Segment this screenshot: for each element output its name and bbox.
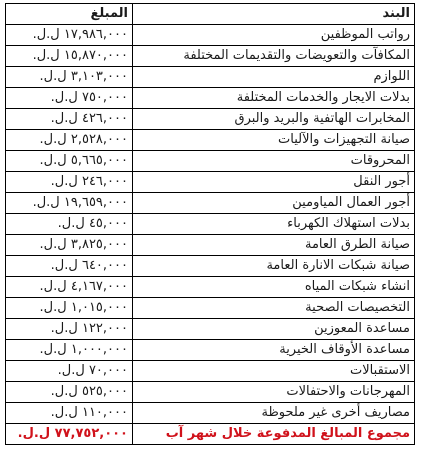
amount-value: ٤٥,٠٠٠ ل.ل. bbox=[58, 216, 128, 231]
table-row: ٧٠,٠٠٠ ل.ل.الاستقبالات bbox=[6, 361, 415, 382]
table-row: ٣,٨٢٥,٠٠٠ ل.ل.صيانة الطرق العامة bbox=[6, 235, 415, 256]
item-label: التخصيصات الصحية bbox=[305, 300, 410, 315]
header-item: البند bbox=[133, 4, 415, 25]
table-row: ١٢٢,٠٠٠ ل.ل.مساعدة المعوزين bbox=[6, 319, 415, 340]
amount-value: ٢٤٦,٠٠٠ ل.ل. bbox=[51, 174, 128, 189]
item-label: الاستقبالات bbox=[350, 363, 410, 378]
row-amount: ١٥,٨٧٠,٠٠٠ ل.ل. bbox=[6, 46, 133, 67]
row-item: مساعدة الأوقاف الخيرية bbox=[133, 340, 415, 361]
table-row: ٢,٥٢٨,٠٠٠ ل.ل.صيانة التجهيزات والآليات bbox=[6, 130, 415, 151]
amount-value: ٢,٥٢٨,٠٠٠ ل.ل. bbox=[40, 132, 128, 147]
row-item: الاستقبالات bbox=[133, 361, 415, 382]
row-item: بدلات الايجار والخدمات المختلفة bbox=[133, 88, 415, 109]
row-item: أجور النقل bbox=[133, 172, 415, 193]
item-label: اللوازم bbox=[373, 69, 410, 84]
amount-value: ١١٠,٠٠٠ ل.ل. bbox=[51, 405, 128, 420]
table-row: ٤,١٦٧,٠٠٠ ل.ل.انشاء شبكات المياه bbox=[6, 277, 415, 298]
table-row: ٧٥٠,٠٠٠ ل.ل.بدلات الايجار والخدمات المخت… bbox=[6, 88, 415, 109]
header-amount-label: المبلغ bbox=[90, 6, 128, 21]
total-item: مجموع المبالغ المدفوعة خلال شهر آب bbox=[133, 424, 415, 445]
row-item: مساعدة المعوزين bbox=[133, 319, 415, 340]
row-amount: ٢٤٦,٠٠٠ ل.ل. bbox=[6, 172, 133, 193]
total-item-label: مجموع المبالغ المدفوعة خلال شهر آب bbox=[166, 426, 410, 441]
table-row: ٥,٦٦٥,٠٠٠ ل.ل.المحروقات bbox=[6, 151, 415, 172]
expenses-table: المبلغ البند ١٧,٩٨٦,٠٠٠ ل.ل.رواتب الموظف… bbox=[5, 3, 415, 445]
row-amount: ١٩,٦٥٩,٠٠٠ ل.ل. bbox=[6, 193, 133, 214]
row-amount: ١٧,٩٨٦,٠٠٠ ل.ل. bbox=[6, 25, 133, 46]
table-row: ٢٤٦,٠٠٠ ل.ل.أجور النقل bbox=[6, 172, 415, 193]
item-label: مصاريف أخرى غير ملحوظة bbox=[261, 405, 410, 420]
item-label: بدلات الايجار والخدمات المختلفة bbox=[237, 90, 410, 105]
total-row: ٧٧,٧٥٢,٠٠٠ ل.ل. مجموع المبالغ المدفوعة خ… bbox=[6, 424, 415, 445]
amount-value: ٦٤٠,٠٠٠ ل.ل. bbox=[51, 258, 128, 273]
amount-value: ١٥,٨٧٠,٠٠٠ ل.ل. bbox=[33, 48, 128, 63]
row-amount: ٤,١٦٧,٠٠٠ ل.ل. bbox=[6, 277, 133, 298]
row-item: اللوازم bbox=[133, 67, 415, 88]
total-amount: ٧٧,٧٥٢,٠٠٠ ل.ل. bbox=[6, 424, 133, 445]
row-item: المخابرات الهاتفية والبريد والبرق bbox=[133, 109, 415, 130]
table-row: ٤٢٦,٠٠٠ ل.ل.المخابرات الهاتفية والبريد و… bbox=[6, 109, 415, 130]
amount-value: ٥,٦٦٥,٠٠٠ ل.ل. bbox=[40, 153, 128, 168]
amount-value: ١,٠١٥,٠٠٠ ل.ل. bbox=[40, 300, 128, 315]
amount-value: ٧٥٠,٠٠٠ ل.ل. bbox=[51, 90, 128, 105]
row-amount: ٦٤٠,٠٠٠ ل.ل. bbox=[6, 256, 133, 277]
row-amount: ١١٠,٠٠٠ ل.ل. bbox=[6, 403, 133, 424]
item-label: أجور النقل bbox=[353, 174, 410, 189]
row-item: صيانة التجهيزات والآليات bbox=[133, 130, 415, 151]
table-row: ٣,١٠٣,٠٠٠ ل.ل.اللوازم bbox=[6, 67, 415, 88]
table-row: ١,٠١٥,٠٠٠ ل.ل.التخصيصات الصحية bbox=[6, 298, 415, 319]
amount-value: ١,٠٠٠,٠٠٠ ل.ل. bbox=[40, 342, 128, 357]
row-item: صيانة شبكات الانارة العامة bbox=[133, 256, 415, 277]
item-label: رواتب الموظفين bbox=[321, 27, 410, 42]
item-label: مساعدة المعوزين bbox=[314, 321, 410, 336]
row-item: صيانة الطرق العامة bbox=[133, 235, 415, 256]
item-label: انشاء شبكات المياه bbox=[305, 279, 410, 294]
amount-value: ١٧,٩٨٦,٠٠٠ ل.ل. bbox=[33, 27, 128, 42]
amount-value: ٣,٨٢٥,٠٠٠ ل.ل. bbox=[40, 237, 128, 252]
row-item: المهرجانات والاحتفالات bbox=[133, 382, 415, 403]
table-row: ١٥,٨٧٠,٠٠٠ ل.ل.المكافآت والتعويضات والتق… bbox=[6, 46, 415, 67]
item-label: بدلات استهلاك الكهرباء bbox=[287, 216, 410, 231]
row-amount: ٣,٨٢٥,٠٠٠ ل.ل. bbox=[6, 235, 133, 256]
total-amount-value: ٧٧,٧٥٢,٠٠٠ ل.ل. bbox=[18, 426, 128, 441]
table-row: ٥٢٥,٠٠٠ ل.ل.المهرجانات والاحتفالات bbox=[6, 382, 415, 403]
item-label: المهرجانات والاحتفالات bbox=[286, 384, 410, 399]
row-item: المكافآت والتعويضات والتقديمات المختلفة bbox=[133, 46, 415, 67]
amount-value: ٥٢٥,٠٠٠ ل.ل. bbox=[51, 384, 128, 399]
item-label: صيانة شبكات الانارة العامة bbox=[266, 258, 410, 273]
table-row: ١٩,٦٥٩,٠٠٠ ل.ل.أجور العمال المياومين bbox=[6, 193, 415, 214]
item-label: أجور العمال المياومين bbox=[292, 195, 410, 210]
amount-value: ١٢٢,٠٠٠ ل.ل. bbox=[51, 321, 128, 336]
row-amount: ١,٠٠٠,٠٠٠ ل.ل. bbox=[6, 340, 133, 361]
table-header-row: المبلغ البند bbox=[6, 4, 415, 25]
item-label: مساعدة الأوقاف الخيرية bbox=[279, 342, 410, 357]
expenses-table-body: المبلغ البند ١٧,٩٨٦,٠٠٠ ل.ل.رواتب الموظف… bbox=[6, 4, 415, 445]
item-label: المكافآت والتعويضات والتقديمات المختلفة bbox=[183, 48, 410, 63]
row-amount: ٧٠,٠٠٠ ل.ل. bbox=[6, 361, 133, 382]
item-label: المحروقات bbox=[351, 153, 410, 168]
table-row: ١٧,٩٨٦,٠٠٠ ل.ل.رواتب الموظفين bbox=[6, 25, 415, 46]
row-item: بدلات استهلاك الكهرباء bbox=[133, 214, 415, 235]
table-row: ١١٠,٠٠٠ ل.ل.مصاريف أخرى غير ملحوظة bbox=[6, 403, 415, 424]
item-label: المخابرات الهاتفية والبريد والبرق bbox=[234, 111, 410, 126]
table-row: ٤٥,٠٠٠ ل.ل.بدلات استهلاك الكهرباء bbox=[6, 214, 415, 235]
header-item-label: البند bbox=[383, 6, 410, 21]
amount-value: ١٩,٦٥٩,٠٠٠ ل.ل. bbox=[33, 195, 128, 210]
amount-value: ٣,١٠٣,٠٠٠ ل.ل. bbox=[40, 69, 128, 84]
row-amount: ٥٢٥,٠٠٠ ل.ل. bbox=[6, 382, 133, 403]
row-amount: ٤٥,٠٠٠ ل.ل. bbox=[6, 214, 133, 235]
table-row: ١,٠٠٠,٠٠٠ ل.ل.مساعدة الأوقاف الخيرية bbox=[6, 340, 415, 361]
item-label: صيانة الطرق العامة bbox=[305, 237, 410, 252]
amount-value: ٤٢٦,٠٠٠ ل.ل. bbox=[51, 111, 128, 126]
row-item: انشاء شبكات المياه bbox=[133, 277, 415, 298]
row-amount: ٤٢٦,٠٠٠ ل.ل. bbox=[6, 109, 133, 130]
amount-value: ٤,١٦٧,٠٠٠ ل.ل. bbox=[40, 279, 128, 294]
item-label: صيانة التجهيزات والآليات bbox=[278, 132, 410, 147]
row-amount: ١٢٢,٠٠٠ ل.ل. bbox=[6, 319, 133, 340]
row-item: التخصيصات الصحية bbox=[133, 298, 415, 319]
header-amount: المبلغ bbox=[6, 4, 133, 25]
row-amount: ٣,١٠٣,٠٠٠ ل.ل. bbox=[6, 67, 133, 88]
row-amount: ١,٠١٥,٠٠٠ ل.ل. bbox=[6, 298, 133, 319]
amount-value: ٧٠,٠٠٠ ل.ل. bbox=[58, 363, 128, 378]
row-item: المحروقات bbox=[133, 151, 415, 172]
row-item: أجور العمال المياومين bbox=[133, 193, 415, 214]
table-row: ٦٤٠,٠٠٠ ل.ل.صيانة شبكات الانارة العامة bbox=[6, 256, 415, 277]
row-item: رواتب الموظفين bbox=[133, 25, 415, 46]
row-item: مصاريف أخرى غير ملحوظة bbox=[133, 403, 415, 424]
row-amount: ٧٥٠,٠٠٠ ل.ل. bbox=[6, 88, 133, 109]
row-amount: ٢,٥٢٨,٠٠٠ ل.ل. bbox=[6, 130, 133, 151]
row-amount: ٥,٦٦٥,٠٠٠ ل.ل. bbox=[6, 151, 133, 172]
